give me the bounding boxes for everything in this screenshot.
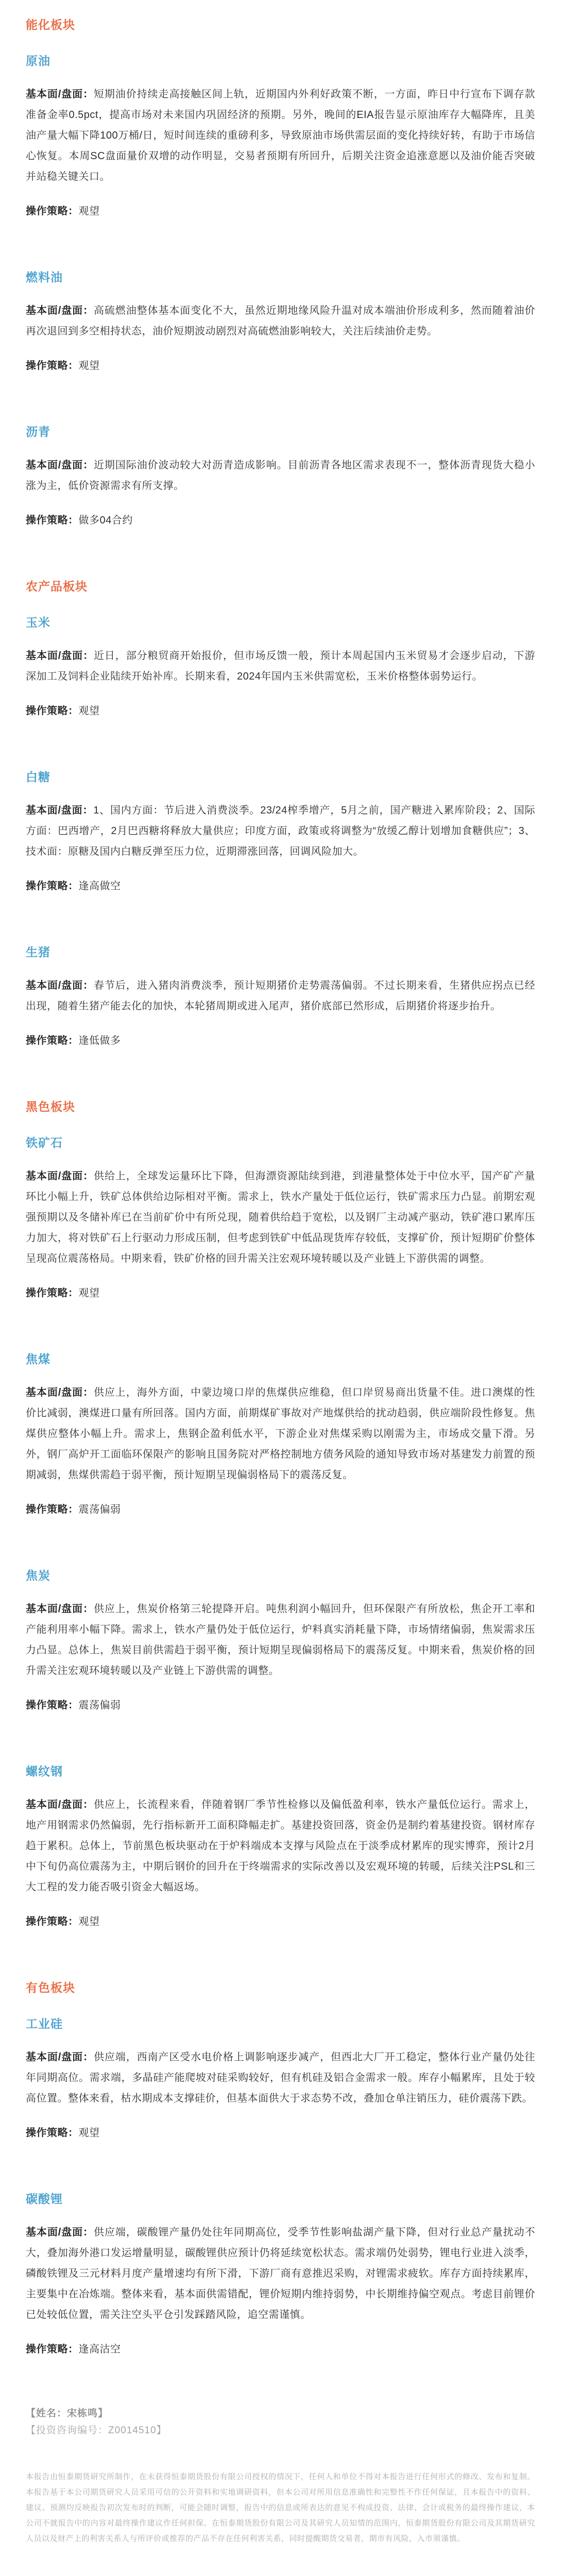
- commodity-block: 原油 基本面/盘面：短期油价持续走高接触区间上轨，近期国内外利好政策不断，一方面…: [26, 50, 535, 222]
- commodity-title: 螺纹钢: [26, 1761, 535, 1782]
- strategy-line: 操作策略：逢低做多: [26, 1030, 535, 1051]
- fundamentals-text: 供应端，碳酸锂产量仍处往年同期高位，受季节性影响盐湖产量下降，但对行业总产量扰动…: [26, 2227, 535, 2320]
- strategy-label: 操作策略：: [26, 1700, 79, 1711]
- fundamentals-paragraph: 基本面/盘面：近期国际油价波动较大对沥青造成影响。目前沥青各地区需求表现不一，整…: [26, 455, 535, 496]
- commodity-title: 焦炭: [26, 1565, 535, 1586]
- fundamentals-paragraph: 基本面/盘面：短期油价持续走高接触区间上轨，近期国内外利好政策不断，一方面，昨日…: [26, 84, 535, 187]
- fundamentals-paragraph: 基本面/盘面：春节后，进入猪肉消费淡季，预计短期猪价走势震荡偏弱。不过长期来看，…: [26, 975, 535, 1016]
- sector-section: 黑色板块 铁矿石 基本面/盘面：供给上，全球发运量环比下降，但海漂资源陆续到港，…: [26, 1096, 535, 1932]
- fundamentals-label: 基本面/盘面：: [26, 2227, 94, 2238]
- commodity-block: 燃料油 基本面/盘面：高硫燃油整体基本面变化不大，虽然近期地缘风险升温对成本端油…: [26, 267, 535, 376]
- commodity-list: 工业硅 基本面/盘面：供应端，西南产区受水电价格上调影响逐步减产，但西北大厂开工…: [26, 2013, 535, 2360]
- commodity-title: 沥青: [26, 421, 535, 442]
- commodity-title: 原油: [26, 50, 535, 71]
- fundamentals-label: 基本面/盘面：: [26, 1799, 94, 1810]
- fundamentals-paragraph: 基本面/盘面：高硫燃油整体基本面变化不大，虽然近期地缘风险升温对成本端油价形成利…: [26, 300, 535, 342]
- sector-title: 黑色板块: [26, 1096, 535, 1117]
- commodity-title: 铁矿石: [26, 1132, 535, 1153]
- fundamentals-text: 近日，部分粮贸商开始报价，但市场反馈一般，预计本周起国内玉米贸易才会逐步启动，下…: [26, 650, 535, 682]
- strategy-label: 操作策略：: [26, 880, 79, 892]
- strategy-line: 操作策略：观望: [26, 1911, 535, 1932]
- advisor-number: 【投资咨询编号：Z0014510】: [26, 2422, 535, 2439]
- fundamentals-text: 供应上，海外方面，中蒙边境口岸的焦煤供应维稳，但口岸贸易商出货量不佳。进口澳煤的…: [26, 1387, 535, 1481]
- fundamentals-label: 基本面/盘面：: [26, 2052, 94, 2063]
- commodity-block: 铁矿石 基本面/盘面：供给上，全球发运量环比下降，但海漂资源陆续到港，到港量整体…: [26, 1132, 535, 1303]
- fundamentals-text: 短期油价持续走高接触区间上轨，近期国内外利好政策不断，一方面，昨日中行宣布下调存…: [26, 89, 535, 182]
- sector-title: 农产品板块: [26, 576, 535, 597]
- sections-root: 能化板块 原油 基本面/盘面：短期油价持续走高接触区间上轨，近期国内外利好政策不…: [26, 14, 535, 2360]
- strategy-label: 操作策略：: [26, 1287, 79, 1299]
- fundamentals-text: 供给上，全球发运量环比下降，但海漂资源陆续到港，到港量整体处于中位水平，国产矿产…: [26, 1171, 535, 1264]
- commodity-title: 焦煤: [26, 1349, 535, 1369]
- commodity-title: 玉米: [26, 612, 535, 633]
- fundamentals-label: 基本面/盘面：: [26, 460, 94, 471]
- commodity-block: 沥青 基本面/盘面：近期国际油价波动较大对沥青造成影响。目前沥青各地区需求表现不…: [26, 421, 535, 531]
- fundamentals-label: 基本面/盘面：: [26, 650, 94, 662]
- commodity-block: 焦炭 基本面/盘面：供应上，焦炭价格第三轮提降开启。吨焦利润小幅回升，但环保限产…: [26, 1565, 535, 1716]
- commodity-list: 原油 基本面/盘面：短期油价持续走高接触区间上轨，近期国内外利好政策不断，一方面…: [26, 50, 535, 531]
- strategy-text: 震荡偏弱: [79, 1504, 121, 1515]
- strategy-label: 操作策略：: [26, 360, 79, 371]
- fundamentals-text: 供应上，焦炭价格第三轮提降开启。吨焦利润小幅回升，但环保限产有所放松，焦企开工率…: [26, 1603, 535, 1676]
- strategy-text: 观望: [79, 705, 100, 717]
- fundamentals-text: 供应上，长流程来看，伴随着钢厂季节性检修以及偏低盈利率，铁水产量低位运行。需求上…: [26, 1799, 535, 1893]
- commodity-block: 白糖 基本面/盘面：1、国内方面：节后进入消费淡季。23/24榨季增产，5月之前…: [26, 767, 535, 896]
- fundamentals-paragraph: 基本面/盘面：供应上，焦炭价格第三轮提降开启。吨焦利润小幅回升，但环保限产有所放…: [26, 1599, 535, 1681]
- strategy-text: 观望: [79, 2127, 100, 2139]
- strategy-text: 观望: [79, 1287, 100, 1299]
- sector-section: 能化板块 原油 基本面/盘面：短期油价持续走高接触区间上轨，近期国内外利好政策不…: [26, 14, 535, 531]
- fundamentals-paragraph: 基本面/盘面：近日，部分粮贸商开始报价，但市场反馈一般，预计本周起国内玉米贸易才…: [26, 646, 535, 687]
- strategy-line: 操作策略：做多04合约: [26, 510, 535, 531]
- strategy-line: 操作策略：震荡偏弱: [26, 1695, 535, 1716]
- strategy-text: 观望: [79, 360, 100, 371]
- commodity-block: 工业硅 基本面/盘面：供应端，西南产区受水电价格上调影响逐步减产，但西北大厂开工…: [26, 2013, 535, 2143]
- commodity-block: 生猪 基本面/盘面：春节后，进入猪肉消费淡季，预计短期猪价走势震荡偏弱。不过长期…: [26, 942, 535, 1051]
- strategy-label: 操作策略：: [26, 1916, 79, 1927]
- strategy-text: 震荡偏弱: [79, 1700, 121, 1711]
- strategy-label: 操作策略：: [26, 206, 79, 217]
- fundamentals-paragraph: 基本面/盘面：供应端，碳酸锂产量仍处往年同期高位，受季节性影响盐湖产量下降，但对…: [26, 2222, 535, 2325]
- strategy-line: 操作策略：观望: [26, 2123, 535, 2143]
- strategy-text: 逢高沽空: [79, 2344, 121, 2355]
- fundamentals-text: 近期国际油价波动较大对沥青造成影响。目前沥青各地区需求表现不一，整体沥青现货大稳…: [26, 460, 535, 492]
- strategy-line: 操作策略：逢高做空: [26, 876, 535, 896]
- fundamentals-label: 基本面/盘面：: [26, 980, 94, 991]
- fundamentals-paragraph: 基本面/盘面：供给上，全球发运量环比下降，但海漂资源陆续到港，到港量整体处于中位…: [26, 1166, 535, 1269]
- fundamentals-paragraph: 基本面/盘面：1、国内方面：节后进入消费淡季。23/24榨季增产，5月之前，国产…: [26, 800, 535, 862]
- fundamentals-paragraph: 基本面/盘面：供应端，西南产区受水电价格上调影响逐步减产，但西北大厂开工稳定，整…: [26, 2047, 535, 2109]
- sector-title: 能化板块: [26, 14, 535, 35]
- commodity-title: 工业硅: [26, 2013, 535, 2034]
- strategy-line: 操作策略：观望: [26, 355, 535, 376]
- fundamentals-text: 春节后，进入猪肉消费淡季，预计短期猪价走势震荡偏弱。不过长期来看，生猪供应拐点已…: [26, 980, 535, 1012]
- commodity-block: 螺纹钢 基本面/盘面：供应上，长流程来看，伴随着钢厂季节性检修以及偏低盈利率，铁…: [26, 1761, 535, 1932]
- author-name: 【姓名：宋栋鸣】: [26, 2405, 535, 2422]
- strategy-text: 观望: [79, 206, 100, 217]
- strategy-label: 操作策略：: [26, 705, 79, 717]
- fundamentals-paragraph: 基本面/盘面：供应上，长流程来看，伴随着钢厂季节性检修以及偏低盈利率，铁水产量低…: [26, 1794, 535, 1897]
- strategy-text: 逢低做多: [79, 1035, 121, 1046]
- fundamentals-paragraph: 基本面/盘面：供应上，海外方面，中蒙边境口岸的焦煤供应维稳，但口岸贸易商出货量不…: [26, 1382, 535, 1485]
- sector-section: 有色板块 工业硅 基本面/盘面：供应端，西南产区受水电价格上调影响逐步减产，但西…: [26, 1977, 535, 2360]
- strategy-line: 操作策略：观望: [26, 201, 535, 222]
- strategy-label: 操作策略：: [26, 1504, 79, 1515]
- futures-daily-report: 能化板块 原油 基本面/盘面：短期油价持续走高接触区间上轨，近期国内外利好政策不…: [0, 0, 562, 2562]
- fundamentals-label: 基本面/盘面：: [26, 89, 94, 100]
- sector-section: 农产品板块 玉米 基本面/盘面：近日，部分粮贸商开始报价，但市场反馈一般，预计本…: [26, 576, 535, 1051]
- fundamentals-text: 1、国内方面：节后进入消费淡季。23/24榨季增产，5月之前，国产糖进入累库阶段…: [26, 805, 535, 857]
- commodity-title: 生猪: [26, 942, 535, 962]
- fundamentals-label: 基本面/盘面：: [26, 805, 93, 816]
- strategy-label: 操作策略：: [26, 1035, 79, 1046]
- fundamentals-label: 基本面/盘面：: [26, 1603, 94, 1615]
- commodity-list: 铁矿石 基本面/盘面：供给上，全球发运量环比下降，但海漂资源陆续到港，到港量整体…: [26, 1132, 535, 1932]
- disclaimer-text: 本报告由恒泰期货研究所制作，在未获得恒泰期货股份有限公司授权的情况下，任何人和单…: [26, 2469, 535, 2547]
- commodity-title: 白糖: [26, 767, 535, 787]
- commodity-title: 碳酸锂: [26, 2189, 535, 2209]
- strategy-label: 操作策略：: [26, 2127, 79, 2139]
- commodity-block: 玉米 基本面/盘面：近日，部分粮贸商开始报价，但市场反馈一般，预计本周起国内玉米…: [26, 612, 535, 721]
- commodity-block: 碳酸锂 基本面/盘面：供应端，碳酸锂产量仍处往年同期高位，受季节性影响盐湖产量下…: [26, 2189, 535, 2360]
- commodity-title: 燃料油: [26, 267, 535, 287]
- strategy-line: 操作策略：观望: [26, 1283, 535, 1303]
- fundamentals-text: 高硫燃油整体基本面变化不大，虽然近期地缘风险升温对成本端油价形成利多，然而随着油…: [26, 305, 535, 337]
- report-footer: 【姓名：宋栋鸣】 【投资咨询编号：Z0014510】 本报告由恒泰期货研究所制作…: [26, 2405, 535, 2547]
- commodity-block: 焦煤 基本面/盘面：供应上，海外方面，中蒙边境口岸的焦煤供应维稳，但口岸贸易商出…: [26, 1349, 535, 1520]
- strategy-line: 操作策略：震荡偏弱: [26, 1499, 535, 1520]
- strategy-line: 操作策略：逢高沽空: [26, 2339, 535, 2360]
- strategy-text: 做多04合约: [79, 515, 133, 526]
- sector-title: 有色板块: [26, 1977, 535, 1998]
- fundamentals-label: 基本面/盘面：: [26, 305, 94, 316]
- fundamentals-text: 供应端，西南产区受水电价格上调影响逐步减产，但西北大厂开工稳定，整体行业产量仍处…: [26, 2052, 535, 2104]
- strategy-line: 操作策略：观望: [26, 701, 535, 721]
- fundamentals-label: 基本面/盘面：: [26, 1387, 94, 1398]
- strategy-label: 操作策略：: [26, 515, 79, 526]
- strategy-text: 逢高做空: [79, 880, 121, 892]
- commodity-list: 玉米 基本面/盘面：近日，部分粮贸商开始报价，但市场反馈一般，预计本周起国内玉米…: [26, 612, 535, 1051]
- strategy-label: 操作策略：: [26, 2344, 79, 2355]
- fundamentals-label: 基本面/盘面：: [26, 1171, 94, 1182]
- strategy-text: 观望: [79, 1916, 100, 1927]
